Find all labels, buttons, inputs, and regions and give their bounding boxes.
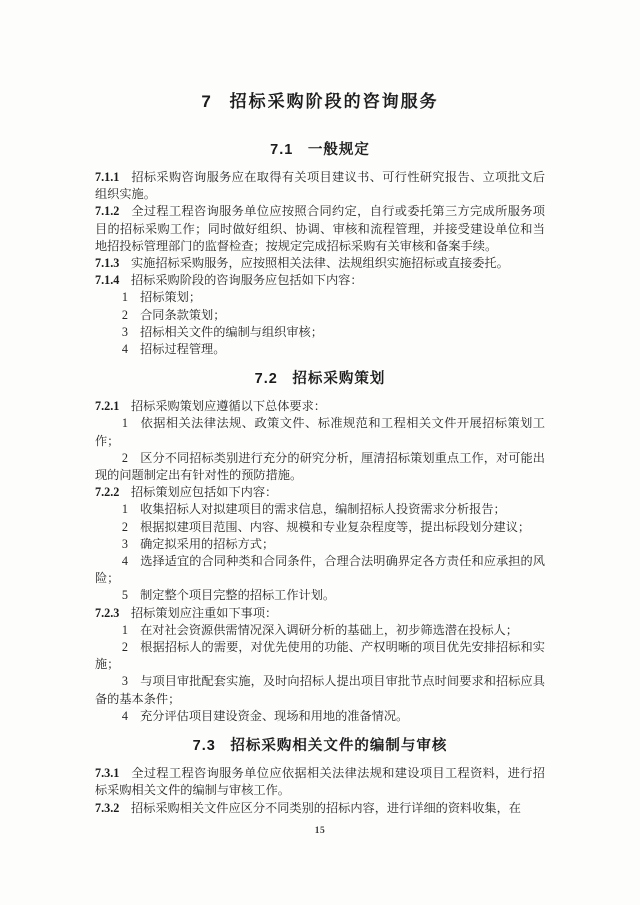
clause-7.2.1: 7.2.1招标采购策划应遵循以下总体要求：: [95, 398, 545, 415]
section-heading-text: 招标采购策划: [292, 371, 385, 387]
section-number: 7.1: [270, 142, 293, 158]
item-text: 招标策划；: [140, 290, 201, 304]
item-text: 选择适宜的合同种类和合同条件，合理合法明确界定各方责任和应承担的风险；: [95, 554, 545, 585]
list-item: 5制定整个项目完整的招标工作计划。: [95, 587, 545, 604]
item-text: 制定整个项目完整的招标工作计划。: [140, 588, 335, 602]
section-number: 7.3: [193, 738, 216, 754]
section-heading-text: 招标采购相关文件的编制与审核: [230, 738, 447, 754]
item-number: 4: [122, 342, 128, 356]
item-text: 充分评估项目建设资金、现场和用地的准备情况。: [140, 709, 408, 723]
list-item: 2合同条款策划；: [95, 307, 545, 324]
clause-7.1.2: 7.1.2全过程工程咨询服务单位应按照合同约定，自行或委托第三方完成所服务项目的…: [95, 203, 545, 255]
item-number: 1: [122, 502, 128, 516]
list-item: 1在对社会资源供需情况深入调研分析的基础上，初步筛选潜在投标人；: [95, 622, 545, 639]
section-number: 7.2: [255, 371, 278, 387]
list-item: 1依据相关法律法规、政策文件、标准规范和工程相关文件开展招标策划工作；: [95, 415, 545, 449]
item-number: 2: [122, 308, 128, 322]
clause-text: 招标策划应注重如下事项：: [131, 606, 277, 620]
list-item: 4招标过程管理。: [95, 341, 545, 358]
clause-number: 7.1.2: [95, 204, 119, 218]
list-item: 4充分评估项目建设资金、现场和用地的准备情况。: [95, 708, 545, 725]
chapter-title: 7招标采购阶段的咨询服务: [95, 90, 545, 114]
item-number: 4: [122, 709, 128, 723]
list-item: 3招标相关文件的编制与组织审核；: [95, 324, 545, 341]
clause-text: 实施招标采购服务，应按照相关法律、法规组织实施招标或直接委托。: [131, 256, 509, 270]
clause-number: 7.2.2: [95, 485, 119, 499]
clause-7.2.2: 7.2.2招标策划应包括如下内容：: [95, 484, 545, 501]
list-item: 1招标策划；: [95, 289, 545, 306]
clause-7.2.3: 7.2.3招标策划应注重如下事项：: [95, 605, 545, 622]
item-number: 5: [122, 588, 128, 602]
item-text: 根据招标人的需要，对优先使用的功能、产权明晰的项目优先安排招标和实施；: [95, 640, 545, 671]
item-number: 3: [122, 325, 128, 339]
clause-number: 7.3.2: [95, 801, 119, 815]
item-number: 1: [122, 416, 128, 430]
clause-text: 招标采购阶段的咨询服务应包括如下内容：: [131, 273, 363, 287]
item-number: 1: [122, 290, 128, 304]
item-number: 2: [122, 520, 128, 534]
list-item: 4选择适宜的合同种类和合同条件，合理合法明确界定各方责任和应承担的风险；: [95, 553, 545, 587]
item-text: 区分不同招标类别进行充分的研究分析，厘清招标策划重点工作，对可能出现的问题制定出…: [95, 451, 545, 482]
clause-number: 7.1.4: [95, 273, 119, 287]
clause-number: 7.2.3: [95, 606, 119, 620]
item-number: 3: [122, 537, 128, 551]
page-number: 15: [0, 826, 640, 836]
clause-text: 招标采购咨询服务应在取得有关项目建议书、可行性研究报告、立项批文后组织实施。: [95, 170, 545, 201]
clause-7.3.2: 7.3.2招标采购相关文件应区分不同类别的招标内容，进行详细的资料收集，在: [95, 800, 545, 817]
item-text: 在对社会资源供需情况深入调研分析的基础上，初步筛选潜在投标人；: [140, 623, 518, 637]
section-title-7.3: 7.3招标采购相关文件的编制与审核: [95, 736, 545, 756]
item-number: 3: [122, 674, 128, 688]
clause-text: 招标采购策划应遵循以下总体要求：: [131, 399, 326, 413]
section-heading-text: 一般规定: [308, 142, 370, 158]
clause-number: 7.2.1: [95, 399, 119, 413]
chapter-number: 7: [201, 92, 210, 111]
item-text: 与项目审批配套实施，及时向招标人提出项目审批节点时间要求和招标应具备的基本条件；: [95, 674, 545, 705]
clause-number: 7.3.1: [95, 766, 119, 780]
item-text: 收集招标人对拟建项目的需求信息，编制招标人投资需求分析报告；: [140, 502, 506, 516]
clause-number: 7.1.3: [95, 256, 119, 270]
item-text: 根据拟建项目范围、内容、规模和专业复杂程度等，提出标段划分建议；: [140, 520, 530, 534]
item-text: 确定拟采用的招标方式；: [140, 537, 274, 551]
item-number: 2: [122, 451, 128, 465]
list-item: 3与项目审批配套实施，及时向招标人提出项目审批节点时间要求和招标应具备的基本条件…: [95, 673, 545, 707]
list-item: 2根据招标人的需要，对优先使用的功能、产权明晰的项目优先安排招标和实施；: [95, 639, 545, 673]
section-title-7.1: 7.1一般规定: [95, 140, 545, 160]
list-item: 1收集招标人对拟建项目的需求信息，编制招标人投资需求分析报告；: [95, 501, 545, 518]
item-number: 4: [122, 554, 128, 568]
item-text: 依据相关法律法规、政策文件、标准规范和工程相关文件开展招标策划工作；: [95, 416, 545, 447]
clause-7.1.3: 7.1.3实施招标采购服务，应按照相关法律、法规组织实施招标或直接委托。: [95, 255, 545, 272]
clause-7.1.4: 7.1.4招标采购阶段的咨询服务应包括如下内容：: [95, 272, 545, 289]
clause-text: 全过程工程咨询服务单位应按照合同约定，自行或委托第三方完成所服务项目的招标采购工…: [95, 204, 545, 252]
item-text: 招标过程管理。: [140, 342, 225, 356]
clause-7.3.1: 7.3.1全过程工程咨询服务单位应依据相关法律法规和建设项目工程资料，进行招标采…: [95, 765, 545, 799]
list-item: 3确定拟采用的招标方式；: [95, 536, 545, 553]
document-sections: 7.1一般规定7.1.1招标采购咨询服务应在取得有关项目建议书、可行性研究报告、…: [95, 140, 545, 817]
document-page: 7招标采购阶段的咨询服务 7.1一般规定7.1.1招标采购咨询服务应在取得有关项…: [0, 0, 640, 905]
clause-text: 招标采购相关文件应区分不同类别的招标内容，进行详细的资料收集，在: [131, 801, 521, 815]
clause-number: 7.1.1: [95, 170, 119, 184]
page-content: 7招标采购阶段的咨询服务 7.1一般规定7.1.1招标采购咨询服务应在取得有关项…: [0, 0, 640, 817]
item-text: 合同条款策划；: [140, 308, 225, 322]
clause-text: 全过程工程咨询服务单位应依据相关法律法规和建设项目工程资料，进行招标采购相关文件…: [95, 766, 545, 797]
item-number: 1: [122, 623, 128, 637]
section-title-7.2: 7.2招标采购策划: [95, 369, 545, 389]
item-text: 招标相关文件的编制与组织审核；: [140, 325, 323, 339]
chapter-title-text: 招标采购阶段的咨询服务: [230, 92, 439, 111]
list-item: 2区分不同招标类别进行充分的研究分析，厘清招标策划重点工作，对可能出现的问题制定…: [95, 450, 545, 484]
clause-7.1.1: 7.1.1招标采购咨询服务应在取得有关项目建议书、可行性研究报告、立项批文后组织…: [95, 169, 545, 203]
clause-text: 招标策划应包括如下内容：: [131, 485, 277, 499]
item-number: 2: [122, 640, 128, 654]
list-item: 2根据拟建项目范围、内容、规模和专业复杂程度等，提出标段划分建议；: [95, 519, 545, 536]
